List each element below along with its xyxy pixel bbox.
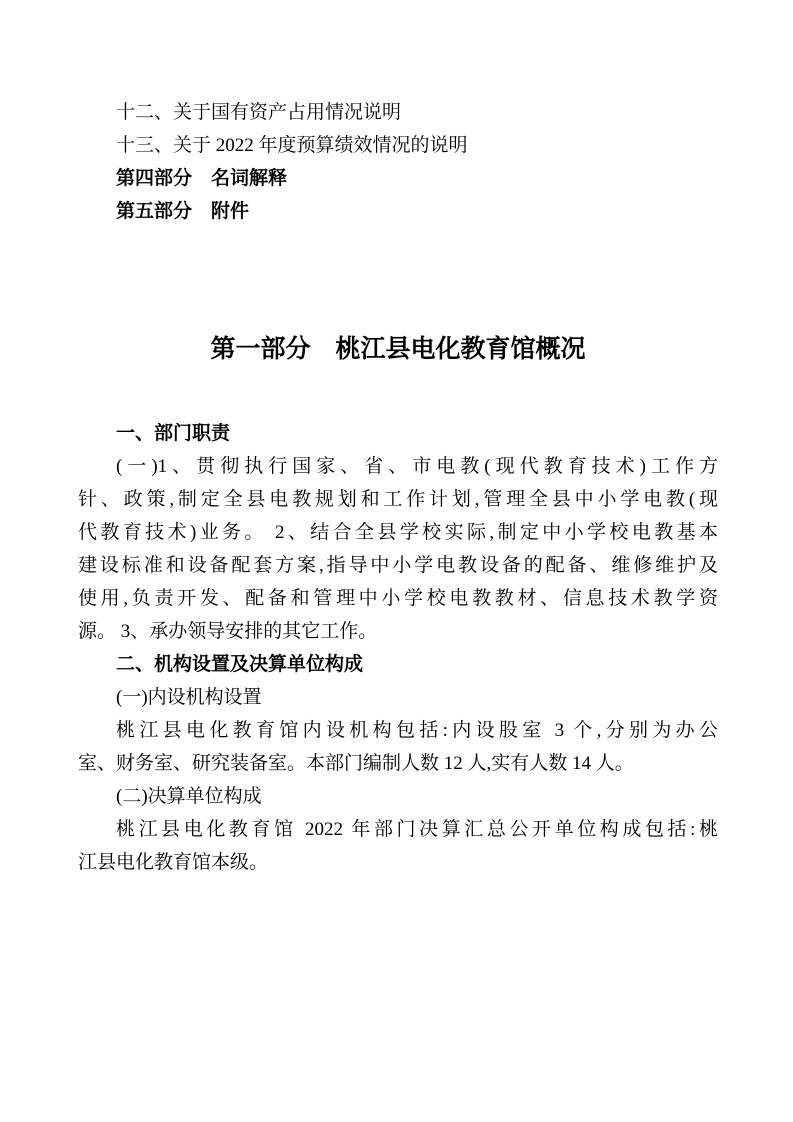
- body-line: (一)内设机构设置: [78, 681, 718, 714]
- body-line: 桃江县电化教育馆 2022 年部门决算汇总公开单位构成包括:桃: [78, 813, 718, 846]
- subsection-heading-structure: 二、机构设置及决算单位构成: [78, 648, 718, 681]
- toc-line: 十二、关于国有资产占用情况说明: [78, 96, 718, 129]
- body-line: 针、政策,制定全县电教规划和工作计划,管理全县中小学电教(现: [78, 483, 718, 516]
- toc-line-part-five: 第五部分 附件: [78, 195, 718, 228]
- body-line: 代教育技术)业务。 2、结合全县学校实际,制定中小学校电教基本: [78, 516, 718, 549]
- section-heading: 第一部分 桃江县电化教育馆概况: [78, 329, 718, 369]
- body-line: 江县电化教育馆本级。: [78, 846, 718, 879]
- toc-line: 十三、关于 2022 年度预算绩效情况的说明: [78, 129, 718, 162]
- body-line: 使用,负责开发、配备和管理中小学校电教教材、信息技术教学资: [78, 582, 718, 615]
- table-of-contents: 十二、关于国有资产占用情况说明 十三、关于 2022 年度预算绩效情况的说明 第…: [78, 96, 718, 228]
- body-line: (一)1、贯彻执行国家、省、市电教(现代教育技术)工作方: [78, 450, 718, 483]
- document-body: 一、部门职责 (一)1、贯彻执行国家、省、市电教(现代教育技术)工作方 针、政策…: [78, 417, 718, 879]
- body-line: 室、财务室、研究装备室。本部门编制人数 12 人,实有人数 14 人。: [78, 747, 718, 780]
- body-line: 源。 3、承办领导安排的其它工作。: [78, 615, 718, 648]
- body-line: (二)决算单位构成: [78, 780, 718, 813]
- toc-line-part-four: 第四部分 名词解释: [78, 162, 718, 195]
- document-page: 十二、关于国有资产占用情况说明 十三、关于 2022 年度预算绩效情况的说明 第…: [0, 0, 793, 1122]
- body-line: 桃江县电化教育馆内设机构包括:内设股室 3 个,分别为办公: [78, 714, 718, 747]
- subsection-heading-duties: 一、部门职责: [78, 417, 718, 450]
- body-line: 建设标准和设备配套方案,指导中小学电教设备的配备、维修维护及: [78, 549, 718, 582]
